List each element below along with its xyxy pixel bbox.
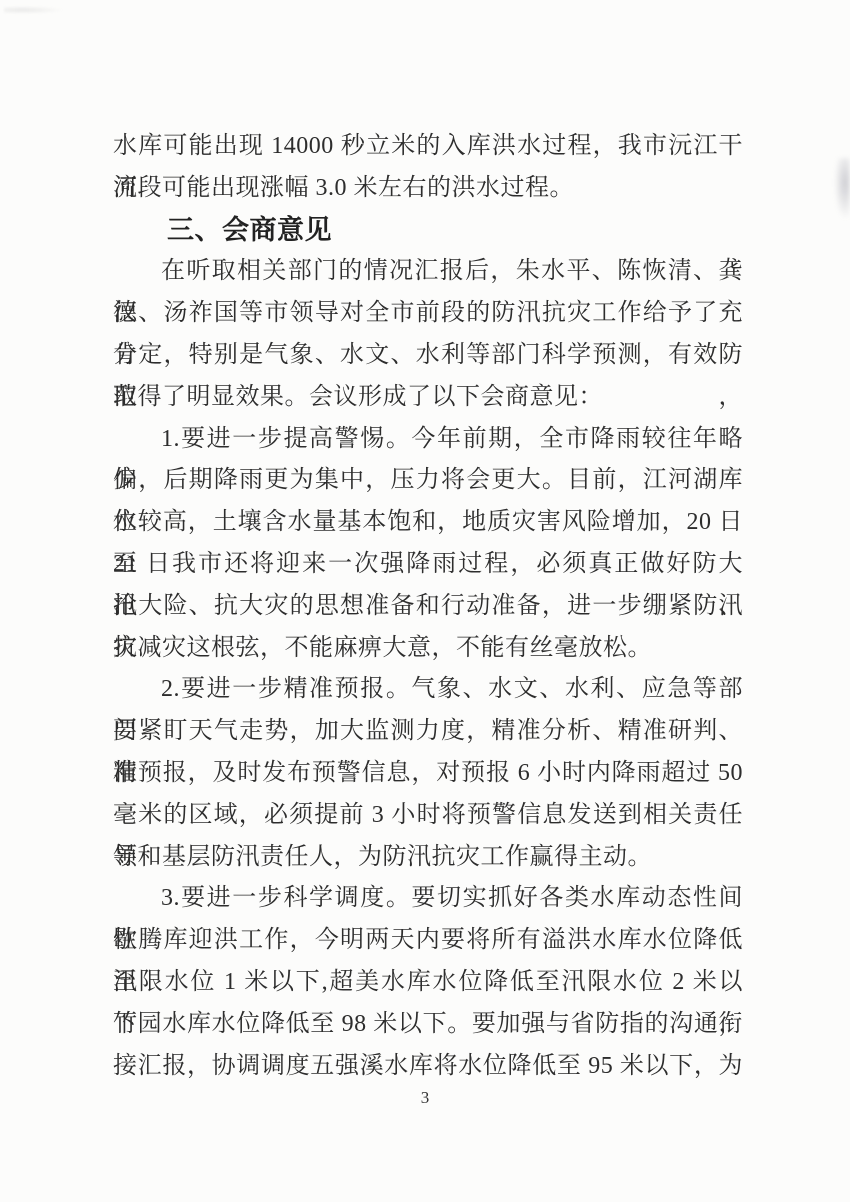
page-number: 3 bbox=[0, 1088, 850, 1108]
text-line: 汛限水位 1 米以下,超美水库水位降低至汛限水位 2 米以下， bbox=[113, 962, 743, 1004]
text-line: 性腾库迎洪工作，今明两天内要将所有溢洪水库水位降低至 bbox=[113, 920, 743, 962]
scan-speck-artifact bbox=[4, 6, 64, 14]
text-line: 1.要进一步提高警惕。今年前期，全市降雨较往年略偏 bbox=[113, 419, 743, 461]
text-line: 竹园水库水位降低至 98 米以下。要加强与省防指的沟通衔 bbox=[113, 1004, 743, 1046]
document-text-block: 水库可能出现 14000 秒立米的入库洪水过程，我市沅江干流 河段可能出现涨幅 … bbox=[113, 126, 743, 1087]
text-line: 3.要进一步科学调度。要切实抓好各类水库动态性间歇 bbox=[113, 878, 743, 920]
text-line: 少，后期降雨更为集中，压力将会更大。目前，江河湖库水 bbox=[113, 460, 743, 502]
text-line: 灾减灾这根弦，不能麻痹大意，不能有丝毫放松。 bbox=[113, 628, 743, 670]
scan-smudge-artifact bbox=[834, 158, 850, 220]
document-page: 水库可能出现 14000 秒立米的入库洪水过程，我市沅江干流 河段可能出现涨幅 … bbox=[0, 0, 850, 1202]
text-line: 导和基层防汛责任人，为防汛抗灾工作赢得主动。 bbox=[113, 837, 743, 879]
section-heading: 三、会商意见 bbox=[113, 210, 743, 252]
text-line: 2.要进一步精准预报。气象、水文、水利、应急等部门 bbox=[113, 669, 743, 711]
text-line: 水库可能出现 14000 秒立米的入库洪水过程，我市沅江干流 bbox=[113, 126, 743, 168]
text-line: 汉、汤祚国等市领导对全市前段的防汛抗灾工作给予了充分 bbox=[113, 293, 743, 335]
text-line: 要紧盯天气走势，加大监测力度，精准分析、精准研判、精 bbox=[113, 711, 743, 753]
text-line: 准预报，及时发布预警信息，对预报 6 小时内降雨超过 50 bbox=[113, 753, 743, 795]
text-line: 接汇报，协调调度五强溪水库将水位降低至 95 米以下，为 bbox=[113, 1046, 743, 1088]
text-line: 21 日我市还将迎来一次强降雨过程，必须真正做好防大汛、 bbox=[113, 544, 743, 586]
text-line: 肯定，特别是气象、水文、水利等部门科学预测，有效防范， bbox=[113, 335, 743, 377]
text-line: 在听取相关部门的情况汇报后，朱水平、陈恢清、龚德 bbox=[113, 251, 743, 293]
text-line: 位较高，土壤含水量基本饱和，地质灾害风险增加，20 日至 bbox=[113, 502, 743, 544]
text-line: 抢大险、抗大灾的思想准备和行动准备，进一步绷紧防汛抗 bbox=[113, 586, 743, 628]
text-line: 毫米的区域，必须提前 3 小时将预警信息发送到相关责任领 bbox=[113, 795, 743, 837]
text-line: 河段可能出现涨幅 3.0 米左右的洪水过程。 bbox=[113, 168, 743, 210]
